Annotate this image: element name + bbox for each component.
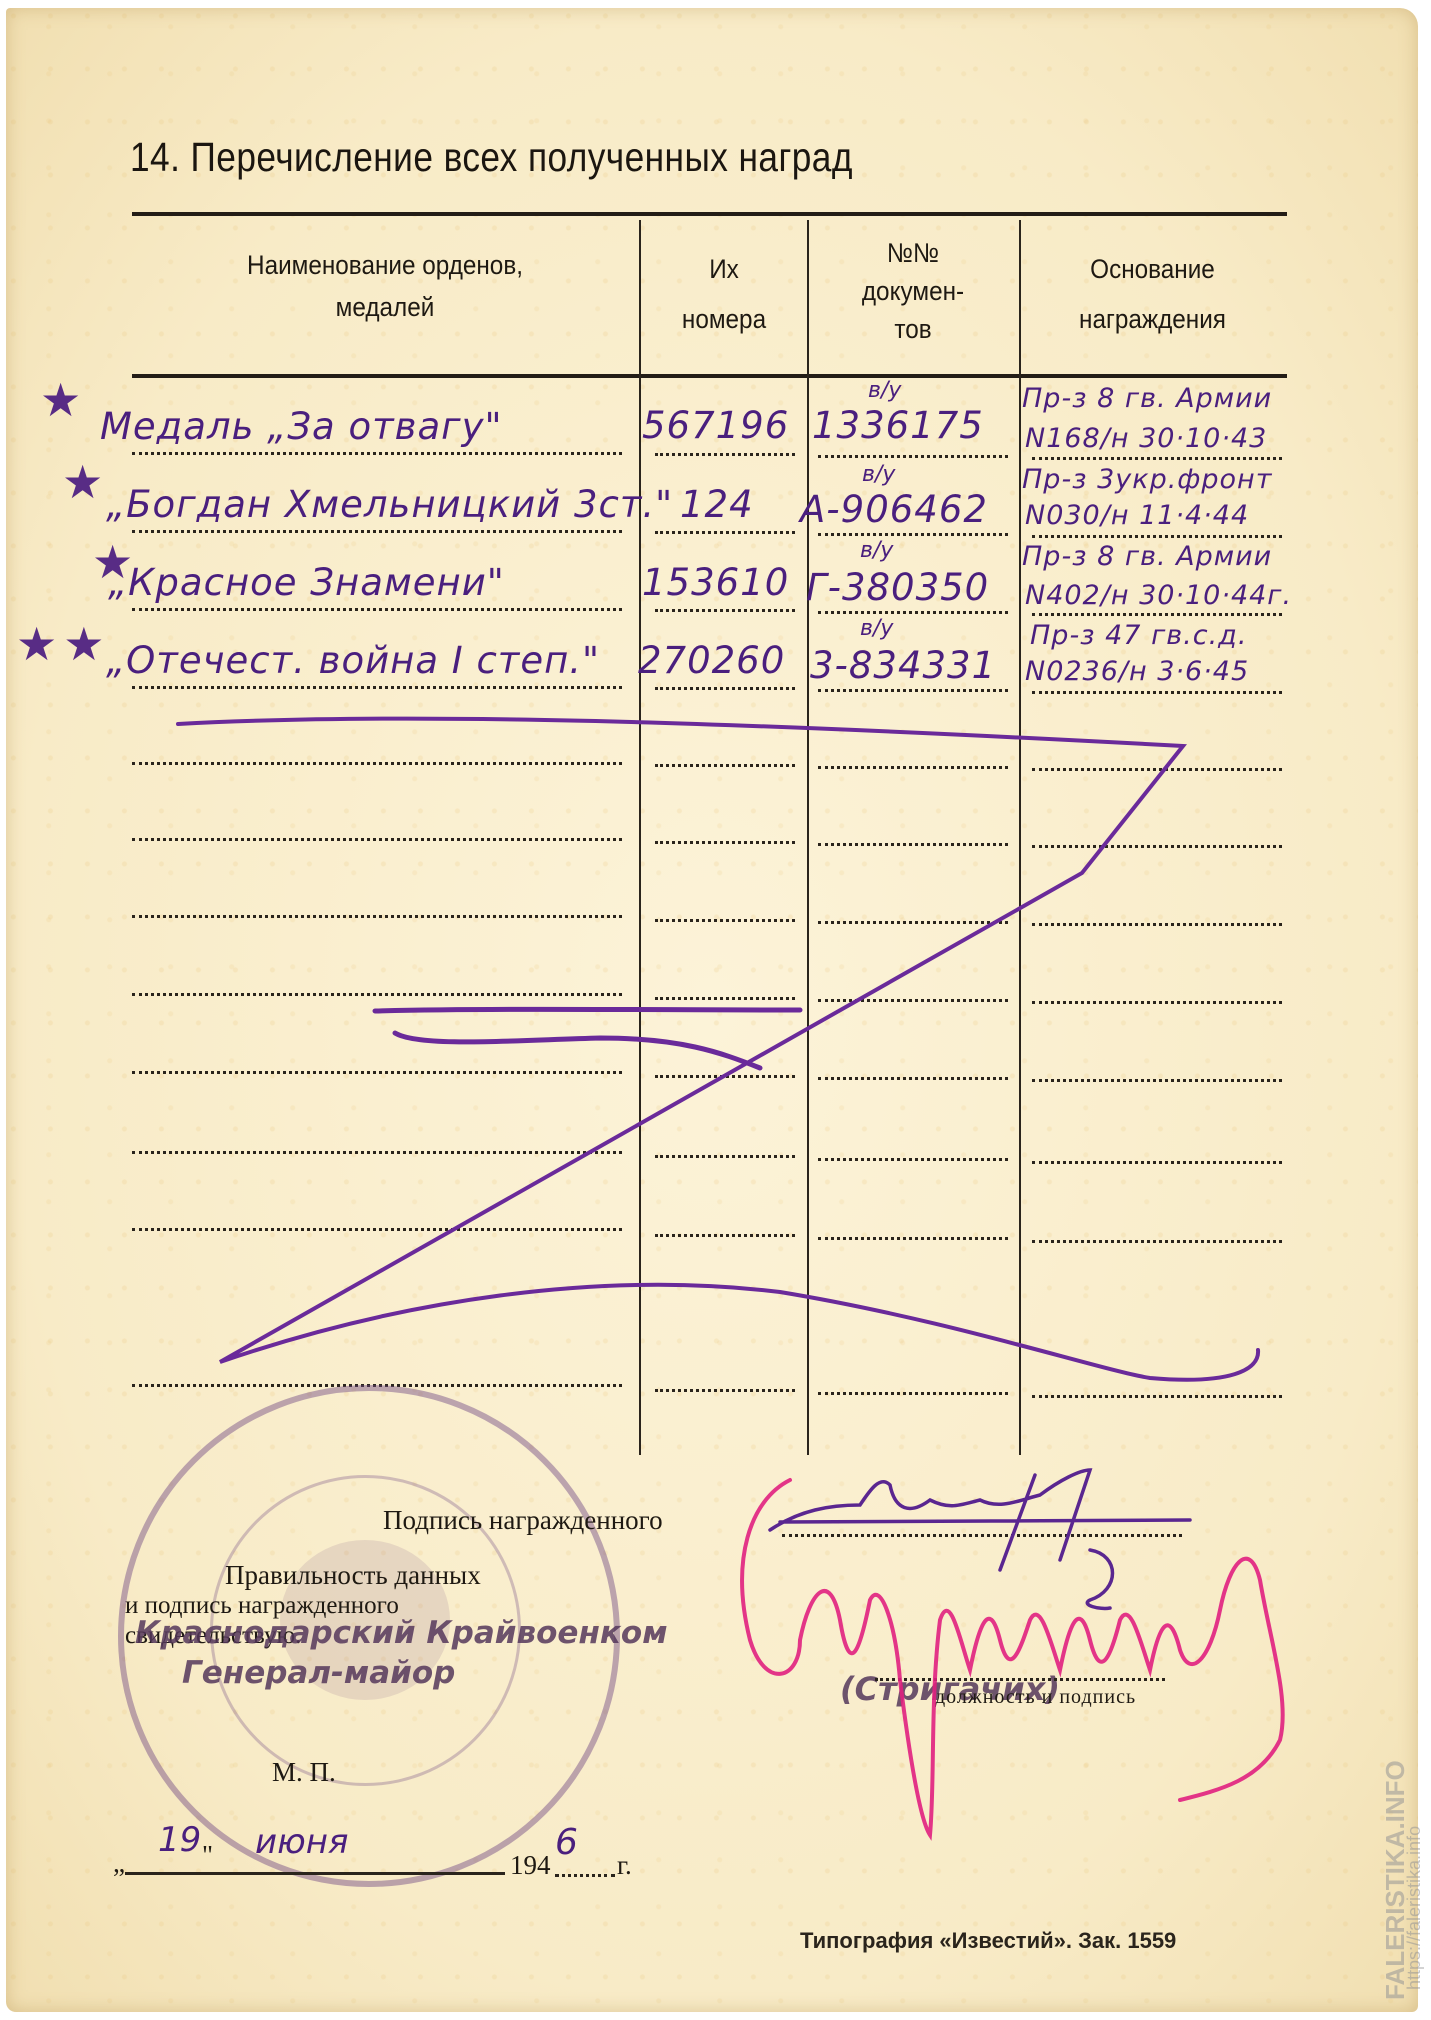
recipient-signature [770,1470,1190,1608]
strike-mark-extra-1 [375,1009,800,1011]
handwritten-strokes [0,0,1431,2020]
strike-through-z-mark [178,719,1258,1380]
strike-mark-extra-2 [395,1033,760,1068]
